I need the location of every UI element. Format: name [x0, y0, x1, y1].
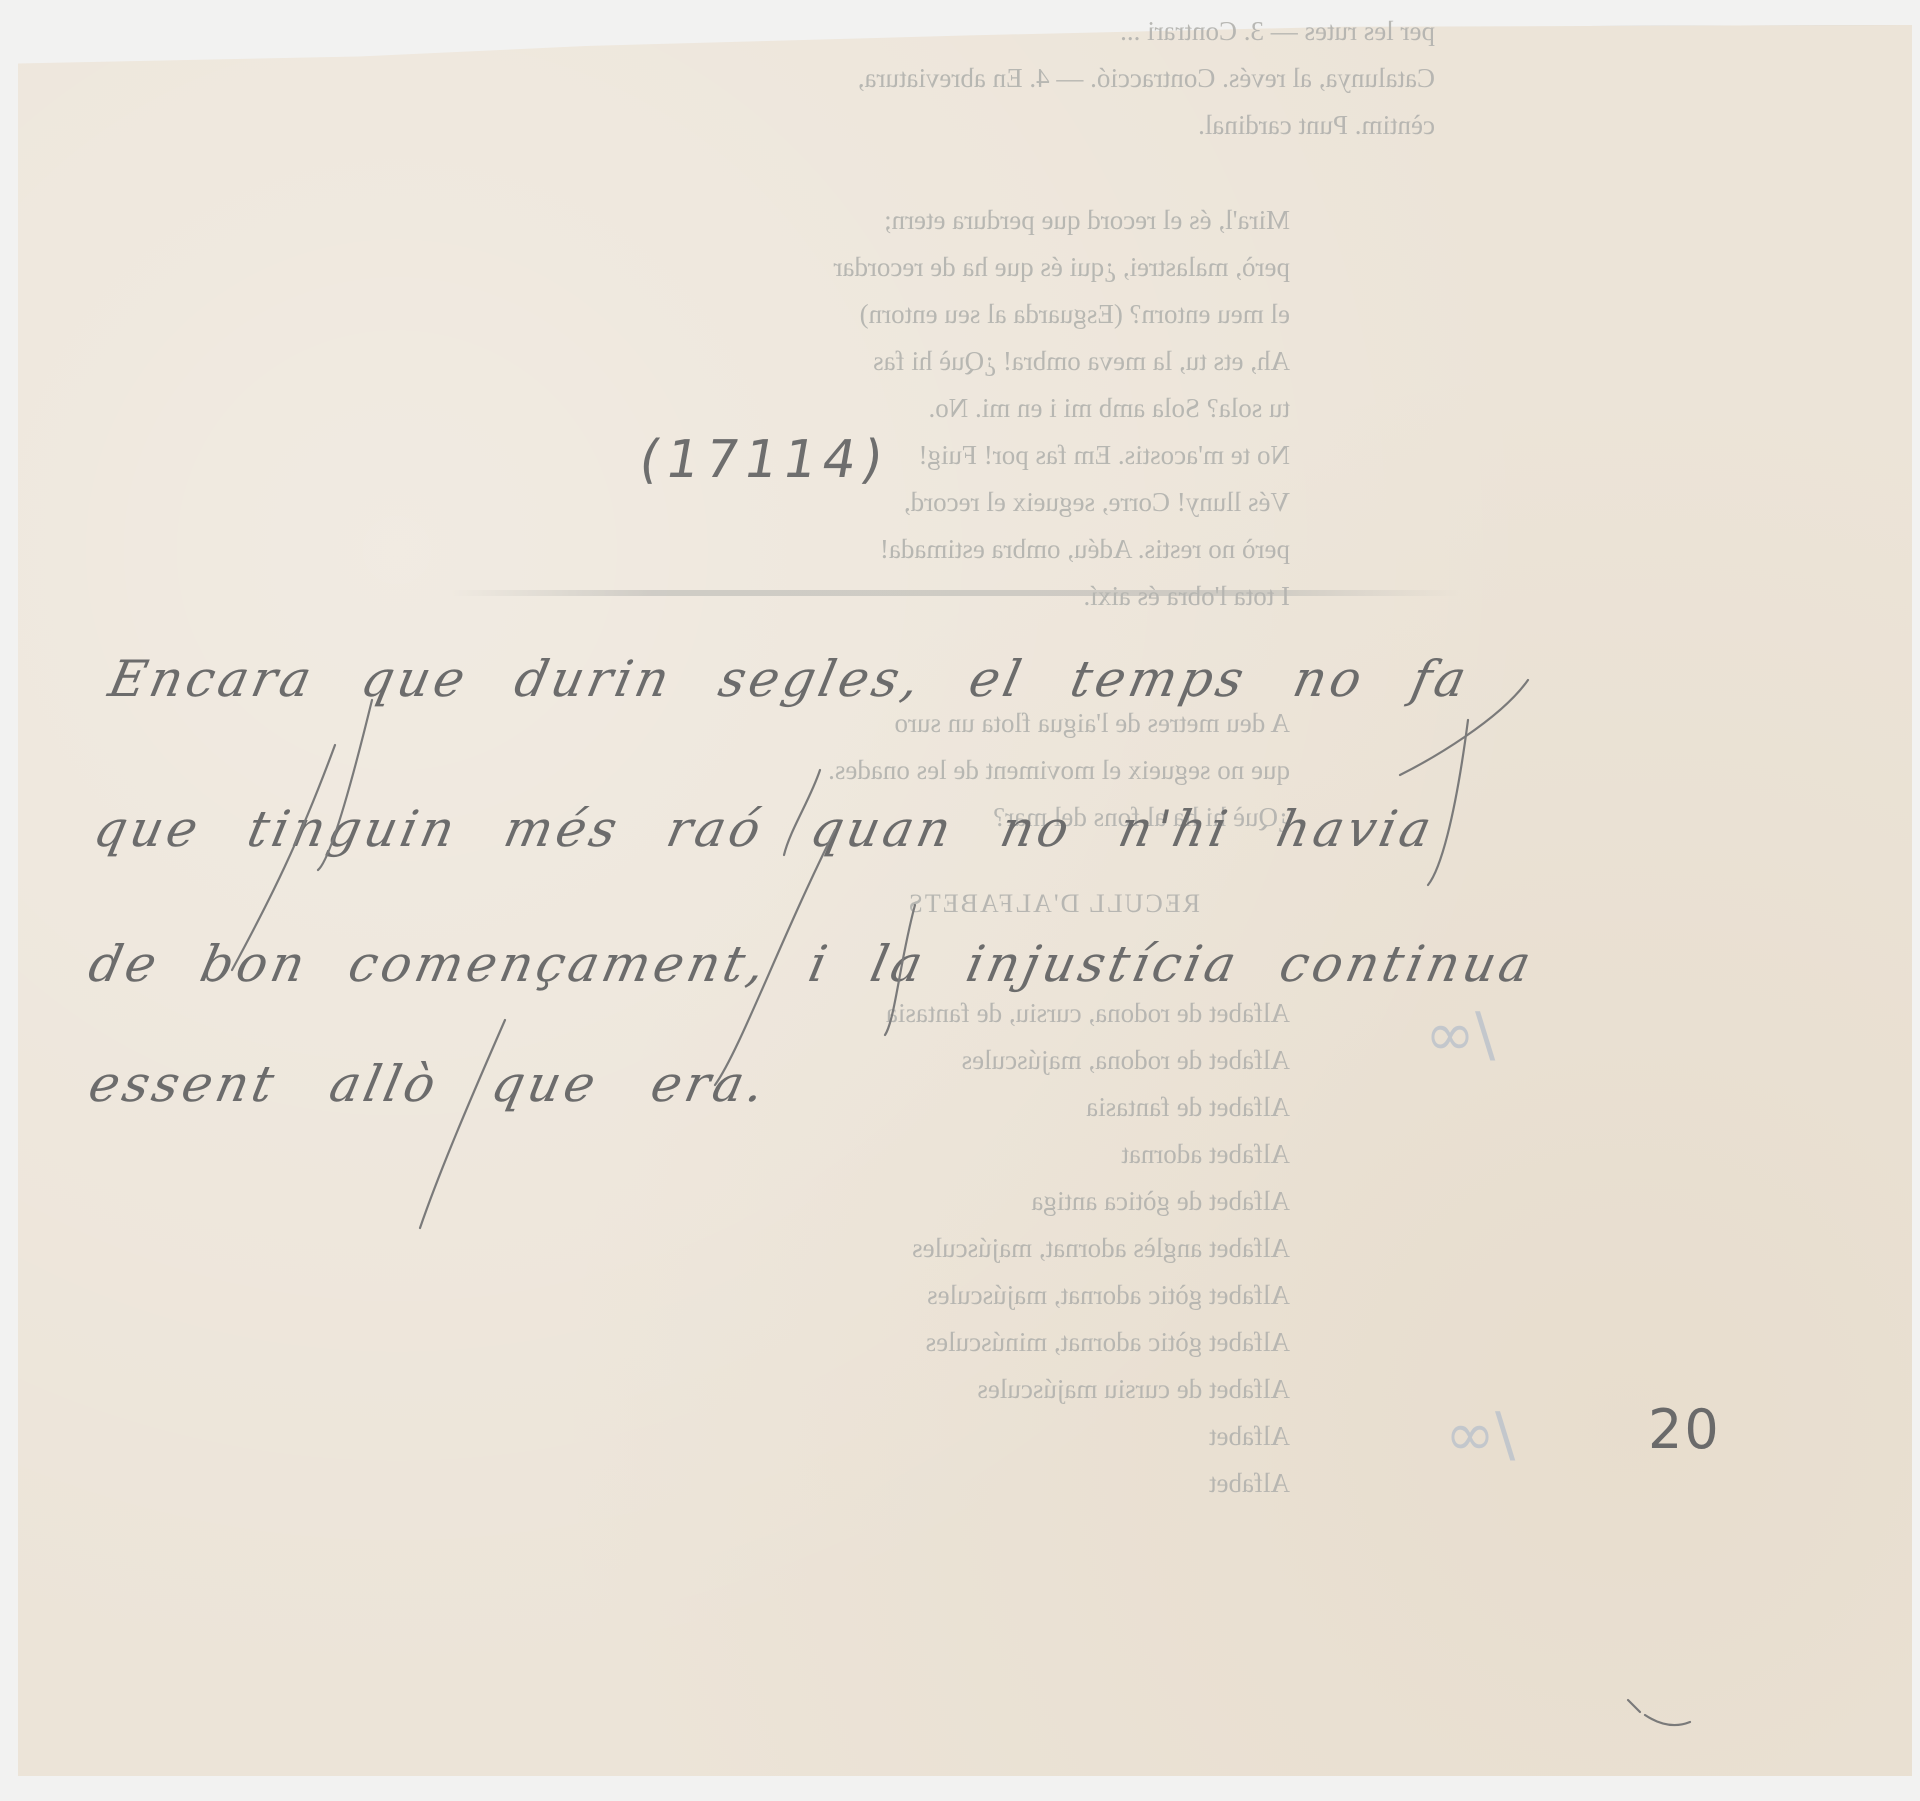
bleed-line: cèntim. Punt cardinal.	[1015, 102, 1435, 149]
bleed-line: però no restis. Adéu, ombra estimada!	[600, 526, 1290, 573]
bleed-line: Alfabet	[610, 1460, 1290, 1507]
bleed-line: Alfabet de gòtica antiga	[610, 1178, 1290, 1225]
handwritten-line: essent allò que era.	[84, 1055, 774, 1113]
handwritten-line: de bon començament, i la injustícia cont…	[84, 935, 1540, 993]
bleed-line: Catalunya, al revés. Contracció. — 4. En…	[1015, 55, 1435, 102]
bleed-line: per les rutes — 3. Contrari ...	[1015, 8, 1435, 55]
bleed-through-section-title: RECULL D'ALFABETS	[900, 880, 1200, 927]
bleed-line: el meu entorn? (Esguarda al seu entorn)	[600, 291, 1290, 338]
bleed-line: Alfabet	[610, 1413, 1290, 1460]
bleed-line: tu sola? Sola amb mi i en mi. No.	[600, 385, 1290, 432]
bleed-line: Ah, ets tu, la meva ombra! ¿Què hi fas	[600, 338, 1290, 385]
faint-stamp-mark: /∞	[1425, 1000, 1495, 1070]
handwritten-line: Encara que durin segles, el temps no fa	[104, 650, 1475, 708]
bleed-line: Alfabet gòtic adornat, minúscules	[610, 1319, 1290, 1366]
bleed-line: però, malastrei, ¿qui és que ha de recor…	[600, 244, 1290, 291]
page-number: 20	[1648, 1398, 1721, 1461]
catalog-number: (17114)	[635, 430, 894, 490]
bleed-line: Alfabet gòtic adornat, majúscules	[610, 1272, 1290, 1319]
bleed-through-top-text: per les rutes — 3. Contrari ... Cataluny…	[1015, 8, 1435, 149]
bleed-line: Alfabet de rodona, cursiu, de fantasia	[610, 990, 1290, 1037]
bleed-line: Alfabet de cursiu majúscules	[610, 1366, 1290, 1413]
bleed-line: Alfabet anglès adornat, majúscules	[610, 1225, 1290, 1272]
bleed-line: Mira'l, és el record que perdura etern;	[600, 197, 1290, 244]
faint-stamp-mark: /∞	[1445, 1400, 1515, 1470]
bleed-through-poem: Mira'l, és el record que perdura etern; …	[600, 197, 1290, 620]
bleed-line: que no segueix el moviment de les onades…	[760, 747, 1290, 794]
handwritten-line: que tinguin més raó quan no n'hi havia	[89, 800, 1440, 858]
bleed-line: I tota l'obra és així.	[600, 573, 1290, 620]
bleed-line: Alfabet adornat	[610, 1131, 1290, 1178]
bleed-through-rule	[450, 590, 1460, 596]
